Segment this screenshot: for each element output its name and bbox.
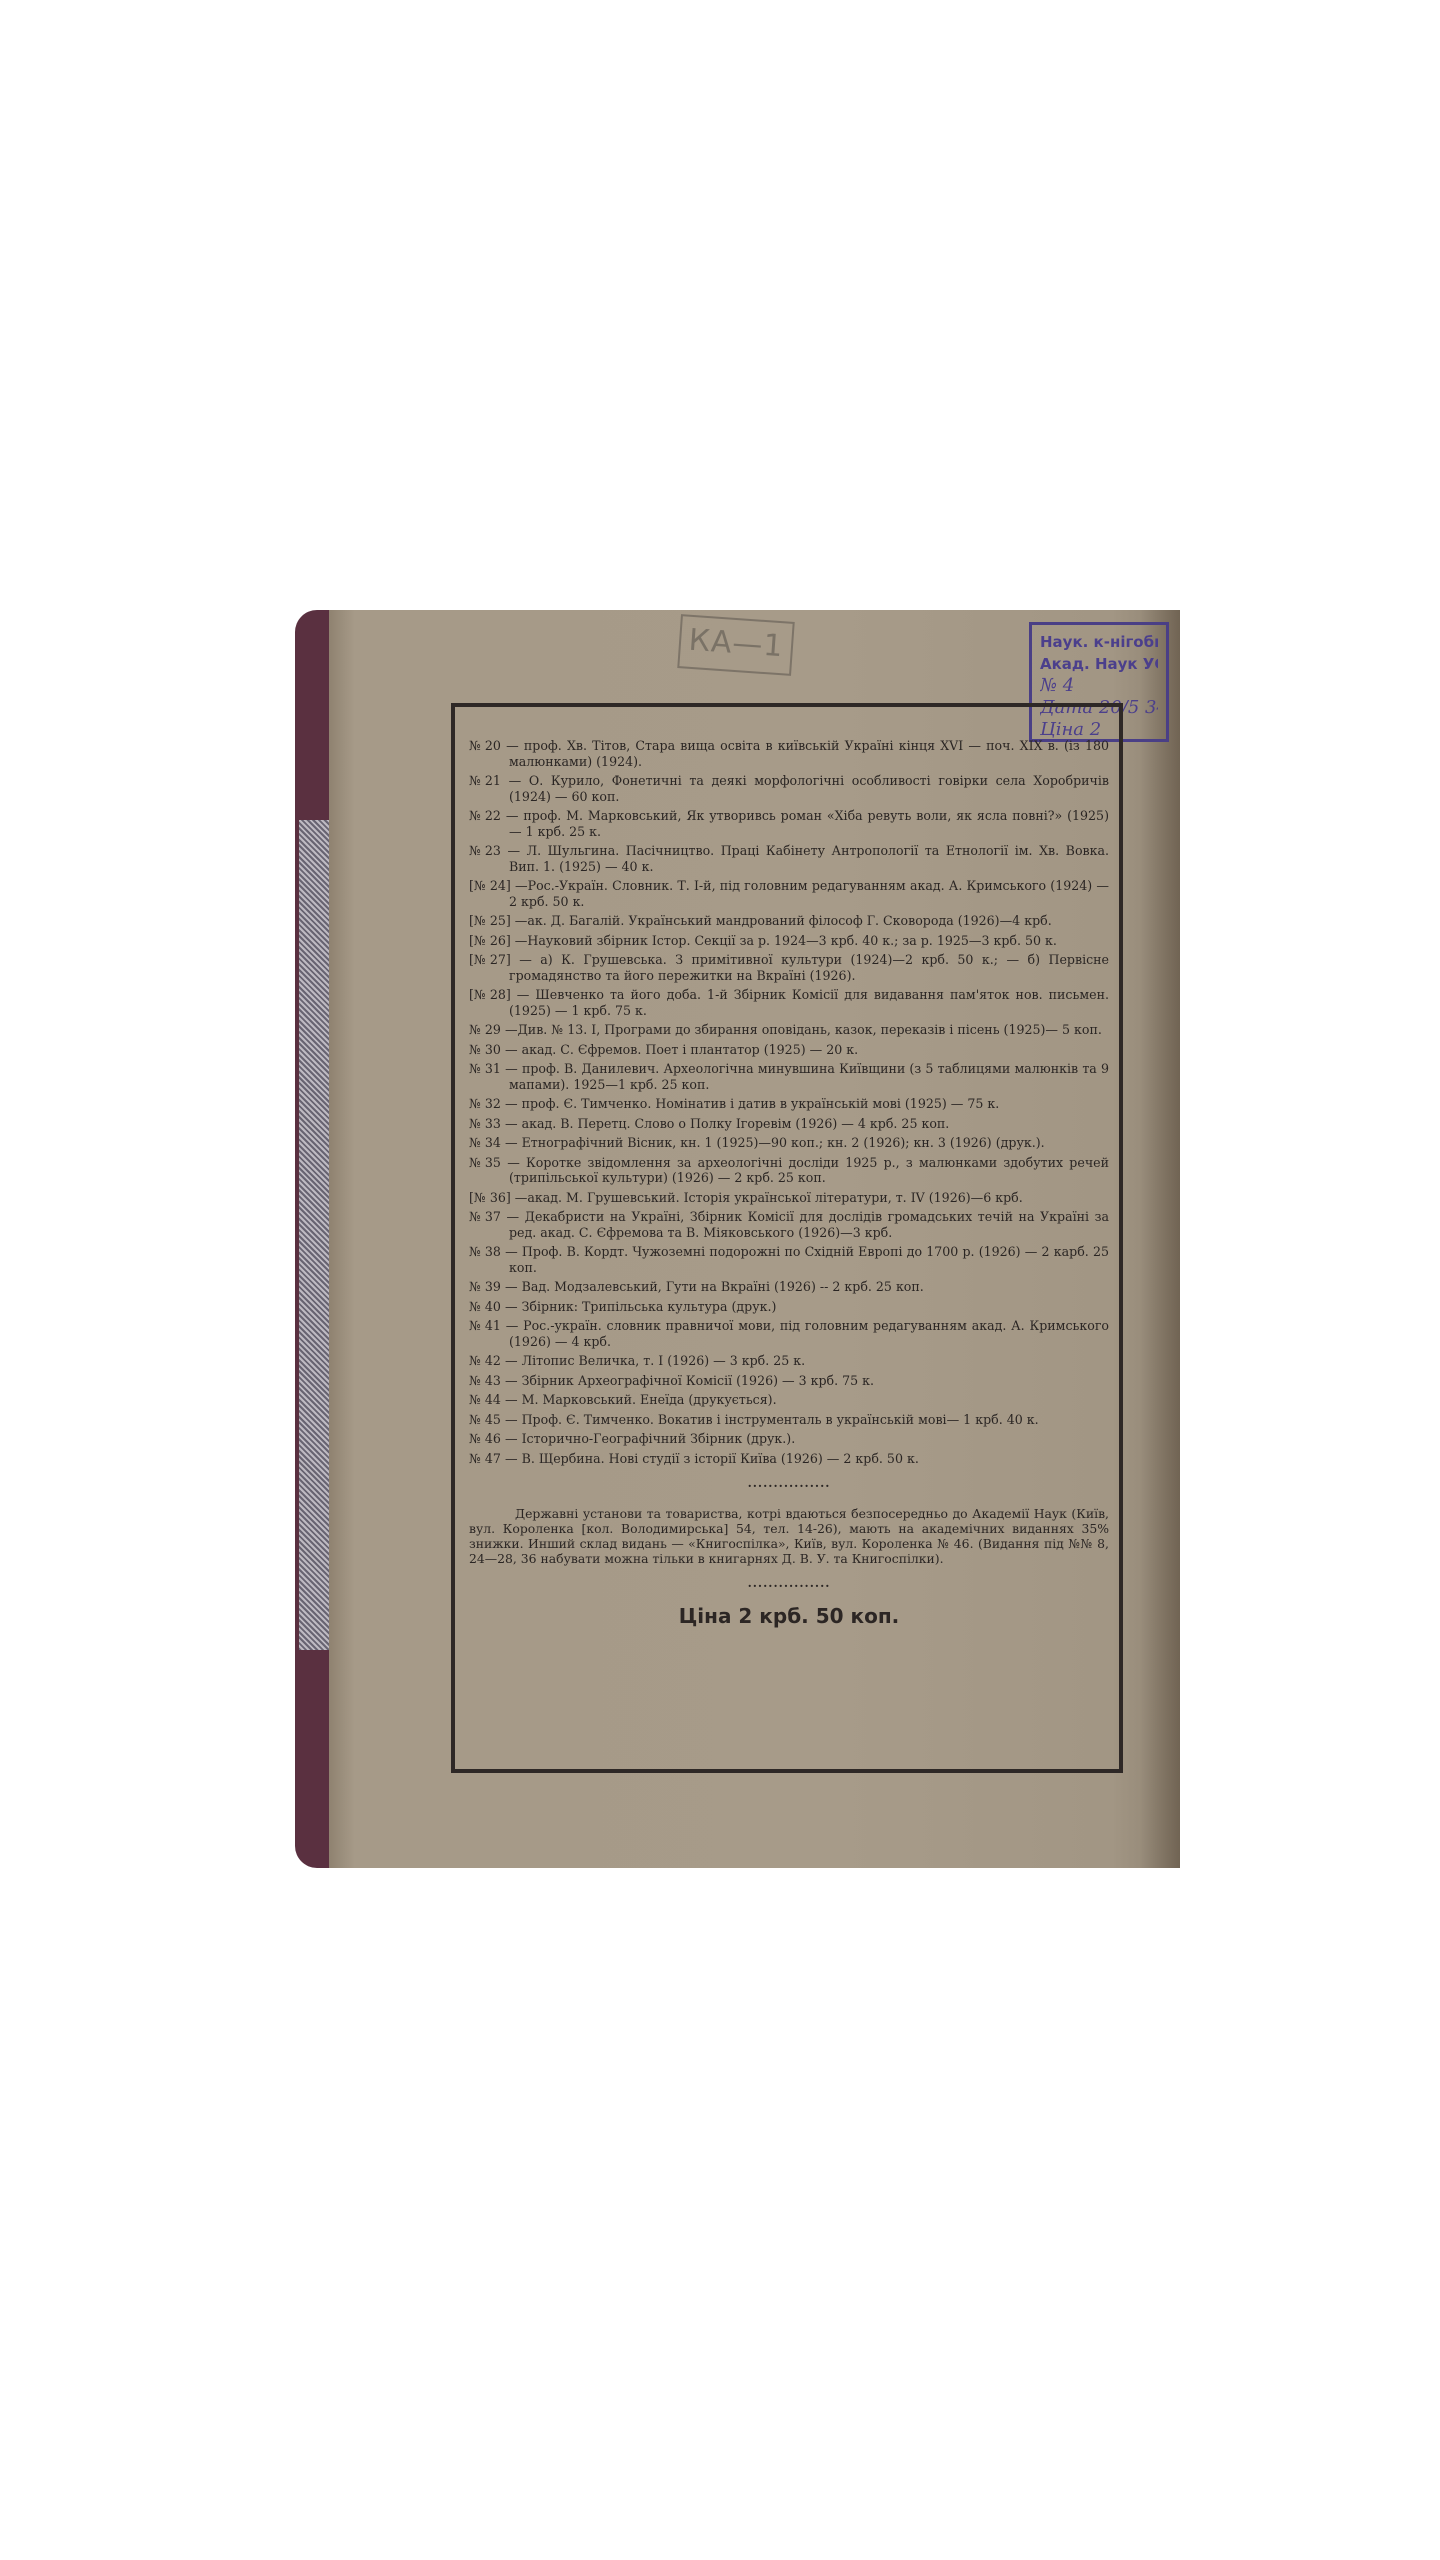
separator-dots: ................ <box>469 1476 1109 1492</box>
entry-number: № 29 <box>469 1022 501 1038</box>
list-item: № 40 — Збірник: Трипільська культура (др… <box>469 1299 1109 1315</box>
list-item: № 30 — акад. С. Єфремов. Поет і плантато… <box>469 1042 1109 1058</box>
entry-number: [№ 27] <box>469 952 511 968</box>
entry-number: № 41 <box>469 1318 501 1334</box>
entry-text: — проф. Хв. Тітов, Стара вища освіта в к… <box>506 738 1109 769</box>
list-item: № 42 — Літопис Величка, т. I (1926) — 3 … <box>469 1353 1109 1369</box>
list-item: № 44 — М. Марковський. Енеїда (друкуєтьс… <box>469 1392 1109 1408</box>
entry-number: № 40 <box>469 1299 501 1315</box>
list-item: № 35 — Коротке звідомлення за археологіч… <box>469 1155 1109 1186</box>
publication-list: № 20 — проф. Хв. Тітов, Стара вища освіт… <box>469 738 1109 1625</box>
discount-notice: Державні установи та товариства, котрі в… <box>469 1506 1109 1566</box>
entry-text: — проф. В. Данилевич. Археологічна минув… <box>505 1061 1109 1092</box>
list-item: № 32 — проф. Є. Тимченко. Номінатив і да… <box>469 1096 1109 1112</box>
entry-number: [№ 36] <box>469 1190 511 1206</box>
list-item: [№ 25] —ак. Д. Багалій. Український манд… <box>469 913 1109 929</box>
list-item: [№ 36] —акад. М. Грушевський. Історія ук… <box>469 1190 1109 1206</box>
entry-text: — Етнографічний Вісник, кн. 1 (1925)—90 … <box>505 1135 1045 1150</box>
entry-number: № 30 <box>469 1042 501 1058</box>
entry-number: № 44 <box>469 1392 501 1408</box>
list-item: № 46 — Історично-Географічний Збірник (д… <box>469 1431 1109 1447</box>
entry-text: — Літопис Величка, т. I (1926) — 3 крб. … <box>505 1353 805 1368</box>
list-item: № 39 — Вад. Модзалевський, Гути на Вкраї… <box>469 1279 1109 1295</box>
page-paper: КА—1 Наук. к-нігобн Акад. Наук УСР № 4 Д… <box>329 610 1180 1868</box>
entry-number: № 21 <box>469 773 501 789</box>
call-number-stamp: КА—1 <box>677 614 794 676</box>
entry-text: — Збірник: Трипільська культура (друк.) <box>505 1299 776 1314</box>
list-item: № 45 — Проф. Є. Тимченко. Вокатив і інст… <box>469 1412 1109 1428</box>
entry-text: —Рос.-Україн. Словник. Т. I-й, під голов… <box>509 878 1109 909</box>
list-item: [№ 28] — Шевченко та його доба. 1-й Збір… <box>469 987 1109 1018</box>
entry-text: — Вад. Модзалевський, Гути на Вкраїні (1… <box>505 1279 924 1294</box>
entry-text: — М. Марковський. Енеїда (друкується). <box>505 1392 777 1407</box>
entry-number: № 43 <box>469 1373 501 1389</box>
entry-text: — акад. С. Єфремов. Поет і плантатор (19… <box>505 1042 858 1057</box>
stamp-line: Акад. Наук УСР <box>1040 653 1158 675</box>
entry-number: № 46 <box>469 1431 501 1447</box>
stamp-line: Наук. к-нігобн <box>1040 631 1158 653</box>
list-item: № 47 — В. Щербина. Нові студії з історії… <box>469 1451 1109 1467</box>
entry-text: — Шевченко та його доба. 1-й Збірник Ком… <box>509 987 1109 1018</box>
entry-number: № 35 <box>469 1155 501 1171</box>
entry-text: —Науковий збірник Істор. Секції за р. 19… <box>515 933 1057 948</box>
list-item: № 43 — Збірник Археографічної Комісії (1… <box>469 1373 1109 1389</box>
entry-number: № 23 <box>469 843 501 859</box>
entry-text: —ак. Д. Багалій. Український мандрований… <box>515 913 1052 928</box>
binding-cloth-texture <box>299 820 329 1650</box>
entry-text: — проф. М. Марковський, Як утворивсь ром… <box>506 808 1109 839</box>
entry-text: — Збірник Археографічної Комісії (1926) … <box>505 1373 874 1388</box>
entry-text: — Коротке звідомлення за археологічні до… <box>507 1155 1109 1186</box>
entry-number: № 42 <box>469 1353 501 1369</box>
entry-text: —Див. № 13. I, Програми до збирання опов… <box>505 1022 1102 1037</box>
list-item: [№ 26] —Науковий збірник Істор. Секції з… <box>469 933 1109 949</box>
entry-number: [№ 26] <box>469 933 511 949</box>
list-item: № 23 — Л. Шульгина. Пасічництво. Праці К… <box>469 843 1109 874</box>
list-item: № 22 — проф. М. Марковський, Як утворивс… <box>469 808 1109 839</box>
list-item: № 29 —Див. № 13. I, Програми до збирання… <box>469 1022 1109 1038</box>
entry-number: № 47 <box>469 1451 501 1467</box>
entry-number: № 22 <box>469 808 501 824</box>
entry-text: — Проф. В. Кордт. Чужоземні подорожні по… <box>505 1244 1109 1275</box>
scanned-book-page: КА—1 Наук. к-нігобн Акад. Наук УСР № 4 Д… <box>295 610 1180 1868</box>
entry-text: — Проф. Є. Тимченко. Вокатив і інструмен… <box>505 1412 1039 1427</box>
entry-number: № 38 <box>469 1244 501 1260</box>
entry-number: № 37 <box>469 1209 501 1225</box>
list-item: № 20 — проф. Хв. Тітов, Стара вища освіт… <box>469 738 1109 769</box>
entry-number: [№ 28] <box>469 987 511 1003</box>
list-item: № 38 — Проф. В. Кордт. Чужоземні подорож… <box>469 1244 1109 1275</box>
entry-text: — акад. В. Перетц. Слово о Полку Ігореві… <box>505 1116 949 1131</box>
list-item: [№ 24] —Рос.-Україн. Словник. Т. I-й, пі… <box>469 878 1109 909</box>
entry-text: — Декабристи на Україні, Збірник Комісії… <box>507 1209 1109 1240</box>
entry-number: № 32 <box>469 1096 501 1112</box>
entry-number: № 45 <box>469 1412 501 1428</box>
list-item: № 34 — Етнографічний Вісник, кн. 1 (1925… <box>469 1135 1109 1151</box>
list-item: № 37 — Декабристи на Україні, Збірник Ко… <box>469 1209 1109 1240</box>
entry-number: № 34 <box>469 1135 501 1151</box>
list-item: [№ 27] — а) К. Грушевська. З примітивної… <box>469 952 1109 983</box>
entry-number: № 31 <box>469 1061 501 1077</box>
list-item: № 31 — проф. В. Данилевич. Археологічна … <box>469 1061 1109 1092</box>
entry-text: —акад. М. Грушевський. Історія українськ… <box>515 1190 1023 1205</box>
entry-text: — а) К. Грушевська. З примітивної культу… <box>509 952 1109 983</box>
entry-number: № 20 <box>469 738 501 754</box>
list-item: № 33 — акад. В. Перетц. Слово о Полку Іг… <box>469 1116 1109 1132</box>
entry-number: [№ 25] <box>469 913 511 929</box>
entry-text: — О. Курило, Фонетичні та деякі морфолог… <box>509 773 1109 804</box>
entry-text: — Рос.-україн. словник правничої мови, п… <box>506 1318 1109 1349</box>
page-edge-shadow <box>1140 610 1180 1868</box>
entries-container: № 20 — проф. Хв. Тітов, Стара вища освіт… <box>469 738 1109 1466</box>
entry-text: — Л. Шульгина. Пасічництво. Праці Кабіне… <box>508 843 1110 874</box>
entry-number: [№ 24] <box>469 878 511 894</box>
list-item: № 21 — О. Курило, Фонетичні та деякі мор… <box>469 773 1109 804</box>
separator-dots: ................ <box>469 1576 1109 1592</box>
list-item: № 41 — Рос.-україн. словник правничої мо… <box>469 1318 1109 1349</box>
entry-number: № 33 <box>469 1116 501 1132</box>
entry-text: — Історично-Географічний Збірник (друк.)… <box>505 1431 795 1446</box>
price-label: Ціна 2 крб. 50 коп. <box>469 1609 1109 1625</box>
stamp-line: № 4 <box>1040 675 1158 697</box>
entry-text: — проф. Є. Тимченко. Номінатив і датив в… <box>505 1096 999 1111</box>
entry-number: № 39 <box>469 1279 501 1295</box>
entry-text: — В. Щербина. Нові студії з історії Київ… <box>505 1451 919 1466</box>
